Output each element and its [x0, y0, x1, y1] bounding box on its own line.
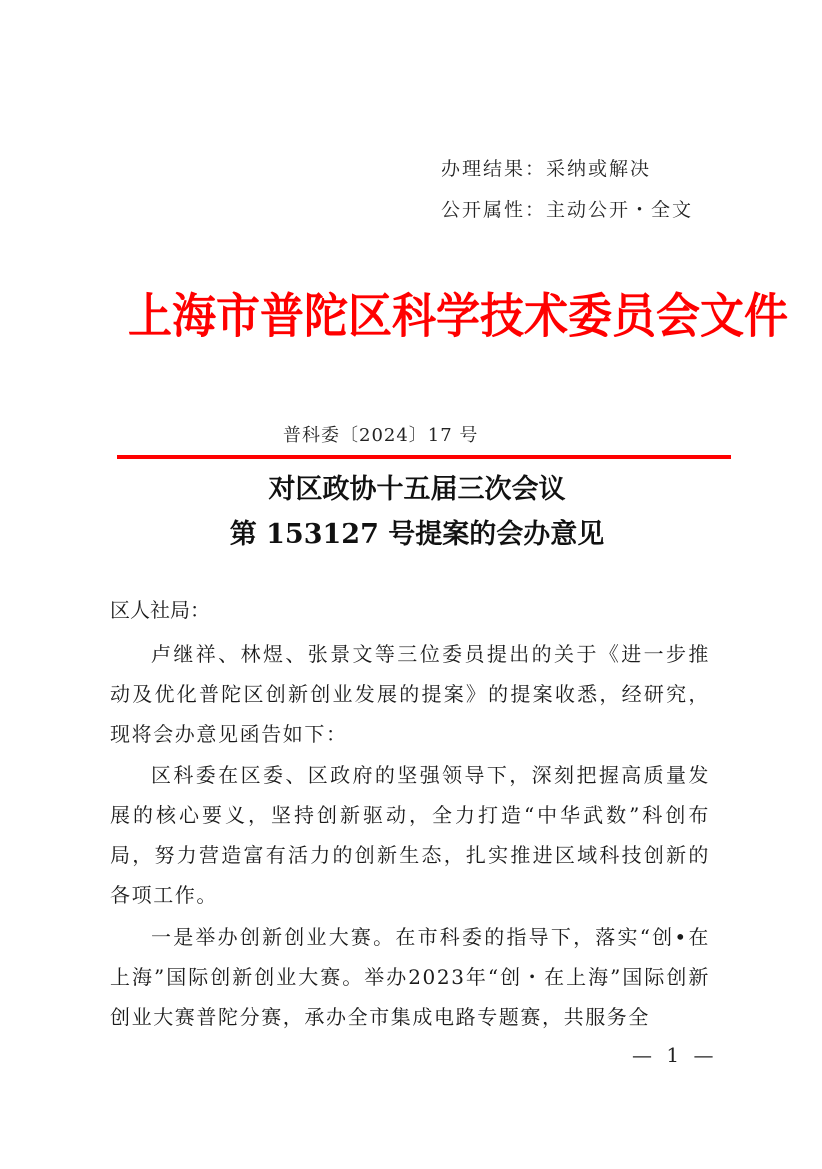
handling-result: 办理结果：采纳或解决 — [441, 157, 651, 181]
body-paragraph: 卢继祥、林煜、张景文等三位委员提出的关于《进一步推动及优化普陀区创新创业发展的提… — [110, 634, 710, 754]
document-title-line-2: 第 153127 号提案的会办意见 — [6, 517, 822, 553]
red-divider-line — [117, 455, 731, 459]
page-number: — 1 — — [632, 1042, 717, 1068]
document-title-line-1: 对区政协十五届三次会议 — [6, 472, 822, 508]
addressee: 区人社局： — [110, 597, 210, 623]
disclosure-attribute: 公开属性：主动公开・全文 — [441, 198, 693, 222]
body-paragraph: 一是举办创新创业大赛。在市科委的指导下，落实“创•在上海”国际创新创业大赛。举办… — [110, 917, 710, 1037]
body-paragraph: 区科委在区委、区政府的坚强领导下，深刻把握高质量发展的核心要义，坚持创新驱动，全… — [110, 755, 710, 915]
document-number: 普科委〔2024〕17 号 — [283, 424, 478, 448]
issuing-authority-banner: 上海市普陀区科学技术委员会文件 — [128, 286, 738, 349]
